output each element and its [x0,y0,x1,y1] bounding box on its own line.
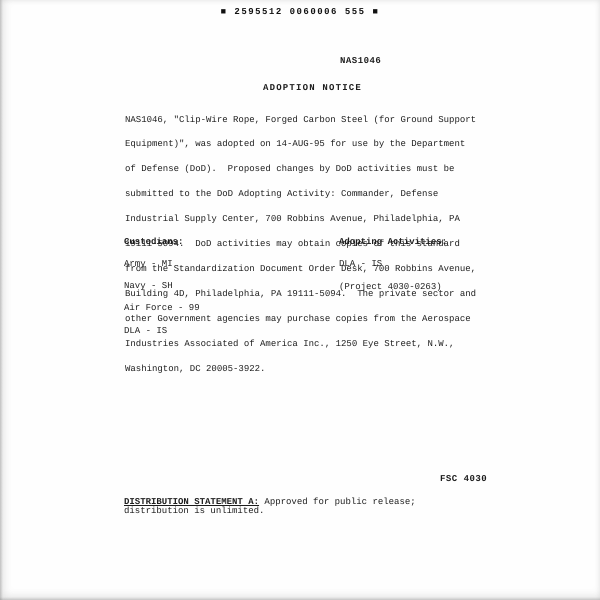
scanned-document-page: ■ 2595512 0060006 555 ■ NAS1046 ADOPTION… [0,0,600,600]
adopting-activities-section: Adopting Activities: DLA - IS (Project 4… [339,224,447,306]
body-line: of Defense (DoD). Proposed changes by Do… [125,165,487,173]
custodian-item: Navy - SH [124,283,200,290]
custodian-item: Army - MI [124,261,200,268]
custodian-item: DLA - IS [124,328,200,335]
custodian-item: Air Force - 99 [124,305,200,312]
body-line: Washington, DC 20005-3922. [125,365,487,373]
adopting-activity-item: DLA - IS [339,261,447,268]
body-line: NAS1046, "Clip-Wire Rope, Forged Carbon … [125,116,487,124]
custodians-section: Custodians: Army - MI Navy - SH Air Forc… [124,224,200,350]
body-line: Industrial Supply Center, 700 Robbins Av… [125,215,487,223]
adopting-activities-heading: Adopting Activities: [339,239,447,246]
page-title: ADOPTION NOTICE [263,83,362,93]
custodians-heading: Custodians: [124,239,200,246]
body-line: Equipment)", was adopted on 14-AUG-95 fo… [125,140,487,148]
document-number: NAS1046 [340,56,381,66]
scan-edge-artifact-left [0,0,3,600]
distribution-statement: DISTRIBUTION STATEMENT A: Approved for p… [124,498,484,515]
microfilm-stamp: ■ 2595512 0060006 555 ■ [0,7,600,17]
project-number: (Project 4030-0263) [339,284,447,291]
body-line: submitted to the DoD Adopting Activity: … [125,190,487,198]
fsc-code: FSC 4030 [440,474,487,484]
